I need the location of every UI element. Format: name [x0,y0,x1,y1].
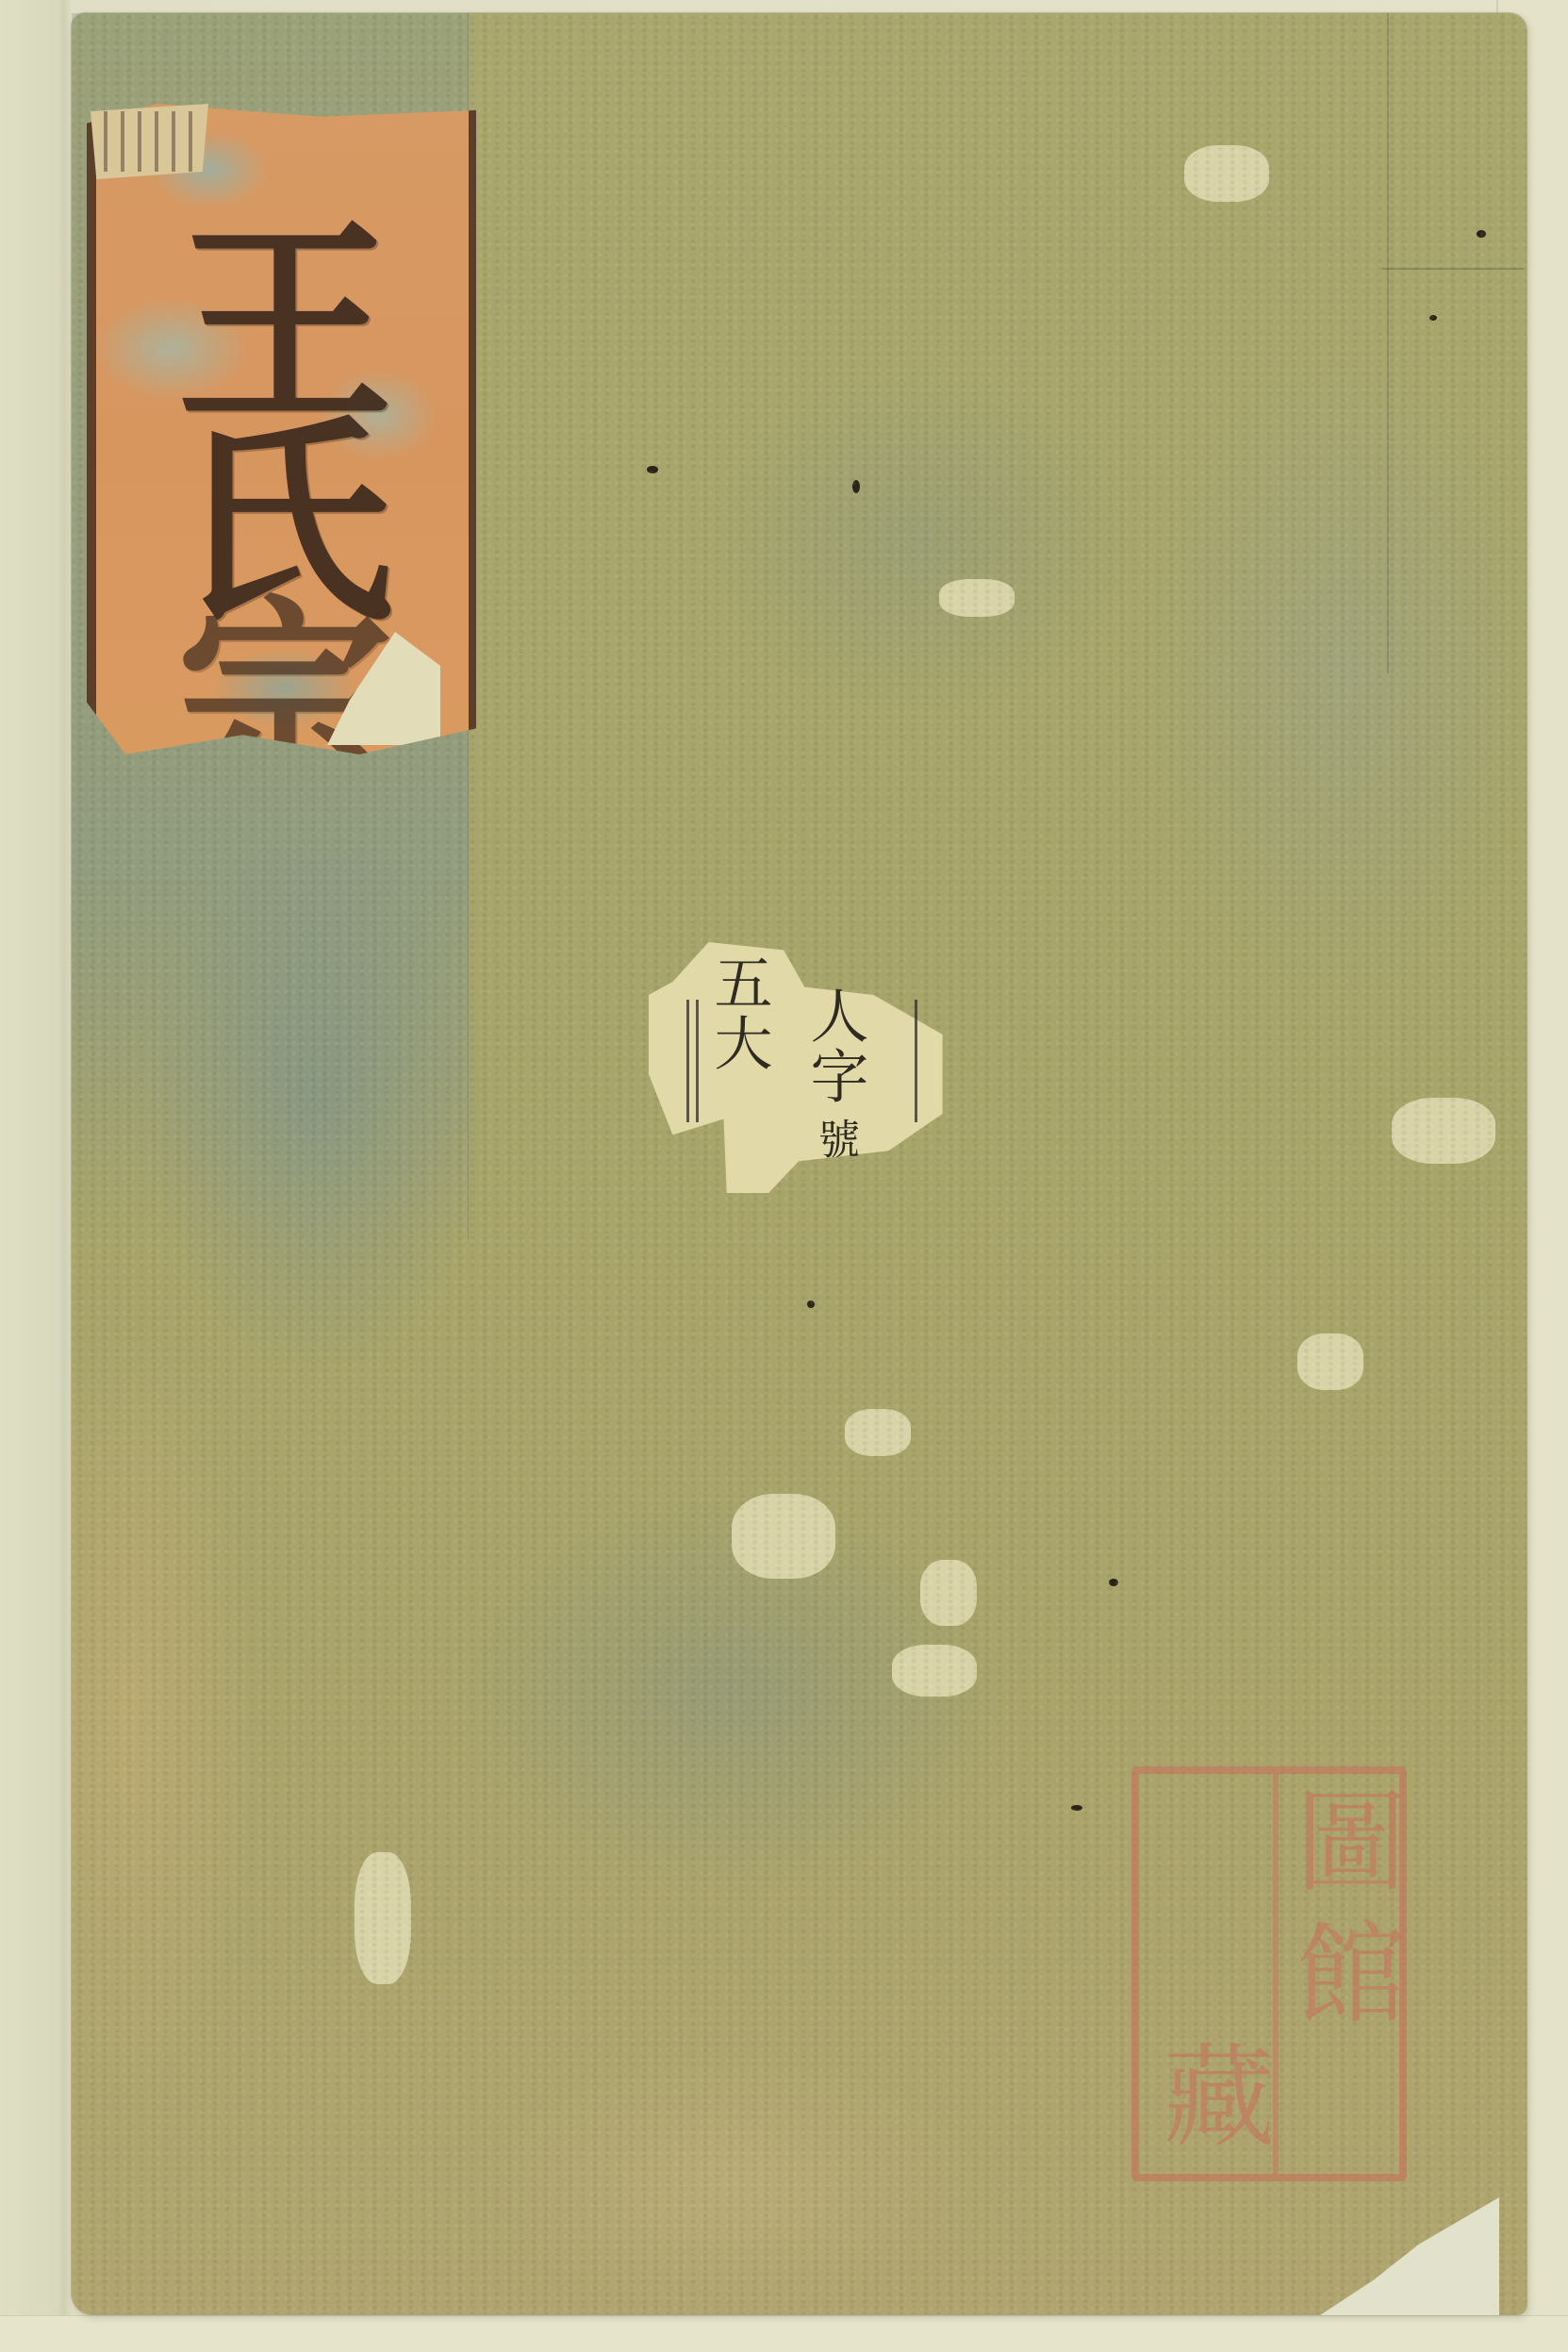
paper-loss [920,1560,977,1626]
label-border-line [696,1000,699,1122]
label-border-line [915,1000,917,1122]
volume-number-col-2: 人字 [801,986,867,1106]
paper-loss [732,1494,835,1579]
worm-hole [1071,1805,1082,1811]
paper-loss [939,579,1015,617]
volume-number-col-1: 五大 [705,952,771,1073]
mount-bottom-strip [0,2315,1568,2352]
library-seal: 圖 館 藏 [1131,1766,1407,2181]
label-fragment-lines [104,111,198,172]
paper-loss [1392,1098,1495,1164]
worm-hole [852,480,860,493]
worm-hole [647,466,658,473]
paper-loss [845,1409,911,1456]
paper-loss [355,1852,411,1984]
paper-loss [1184,145,1269,202]
paper-loss [1297,1333,1363,1390]
seal-char-1: 圖 [1280,1783,1403,1895]
worm-hole [1429,315,1437,321]
worm-hole [1477,230,1486,238]
fold-crease [1387,13,1389,673]
fold-crease [1382,268,1524,270]
worm-hole [1109,1579,1118,1586]
title-label: 王 氏 宗 [87,104,476,754]
seal-char-3: 藏 [1148,2038,1271,2149]
seal-char-2: 館 [1280,1915,1403,2027]
volume-number-col-3: 號 [811,1118,858,1161]
worm-hole [807,1300,815,1308]
label-border-line [686,1000,689,1122]
paper-loss [892,1645,977,1697]
